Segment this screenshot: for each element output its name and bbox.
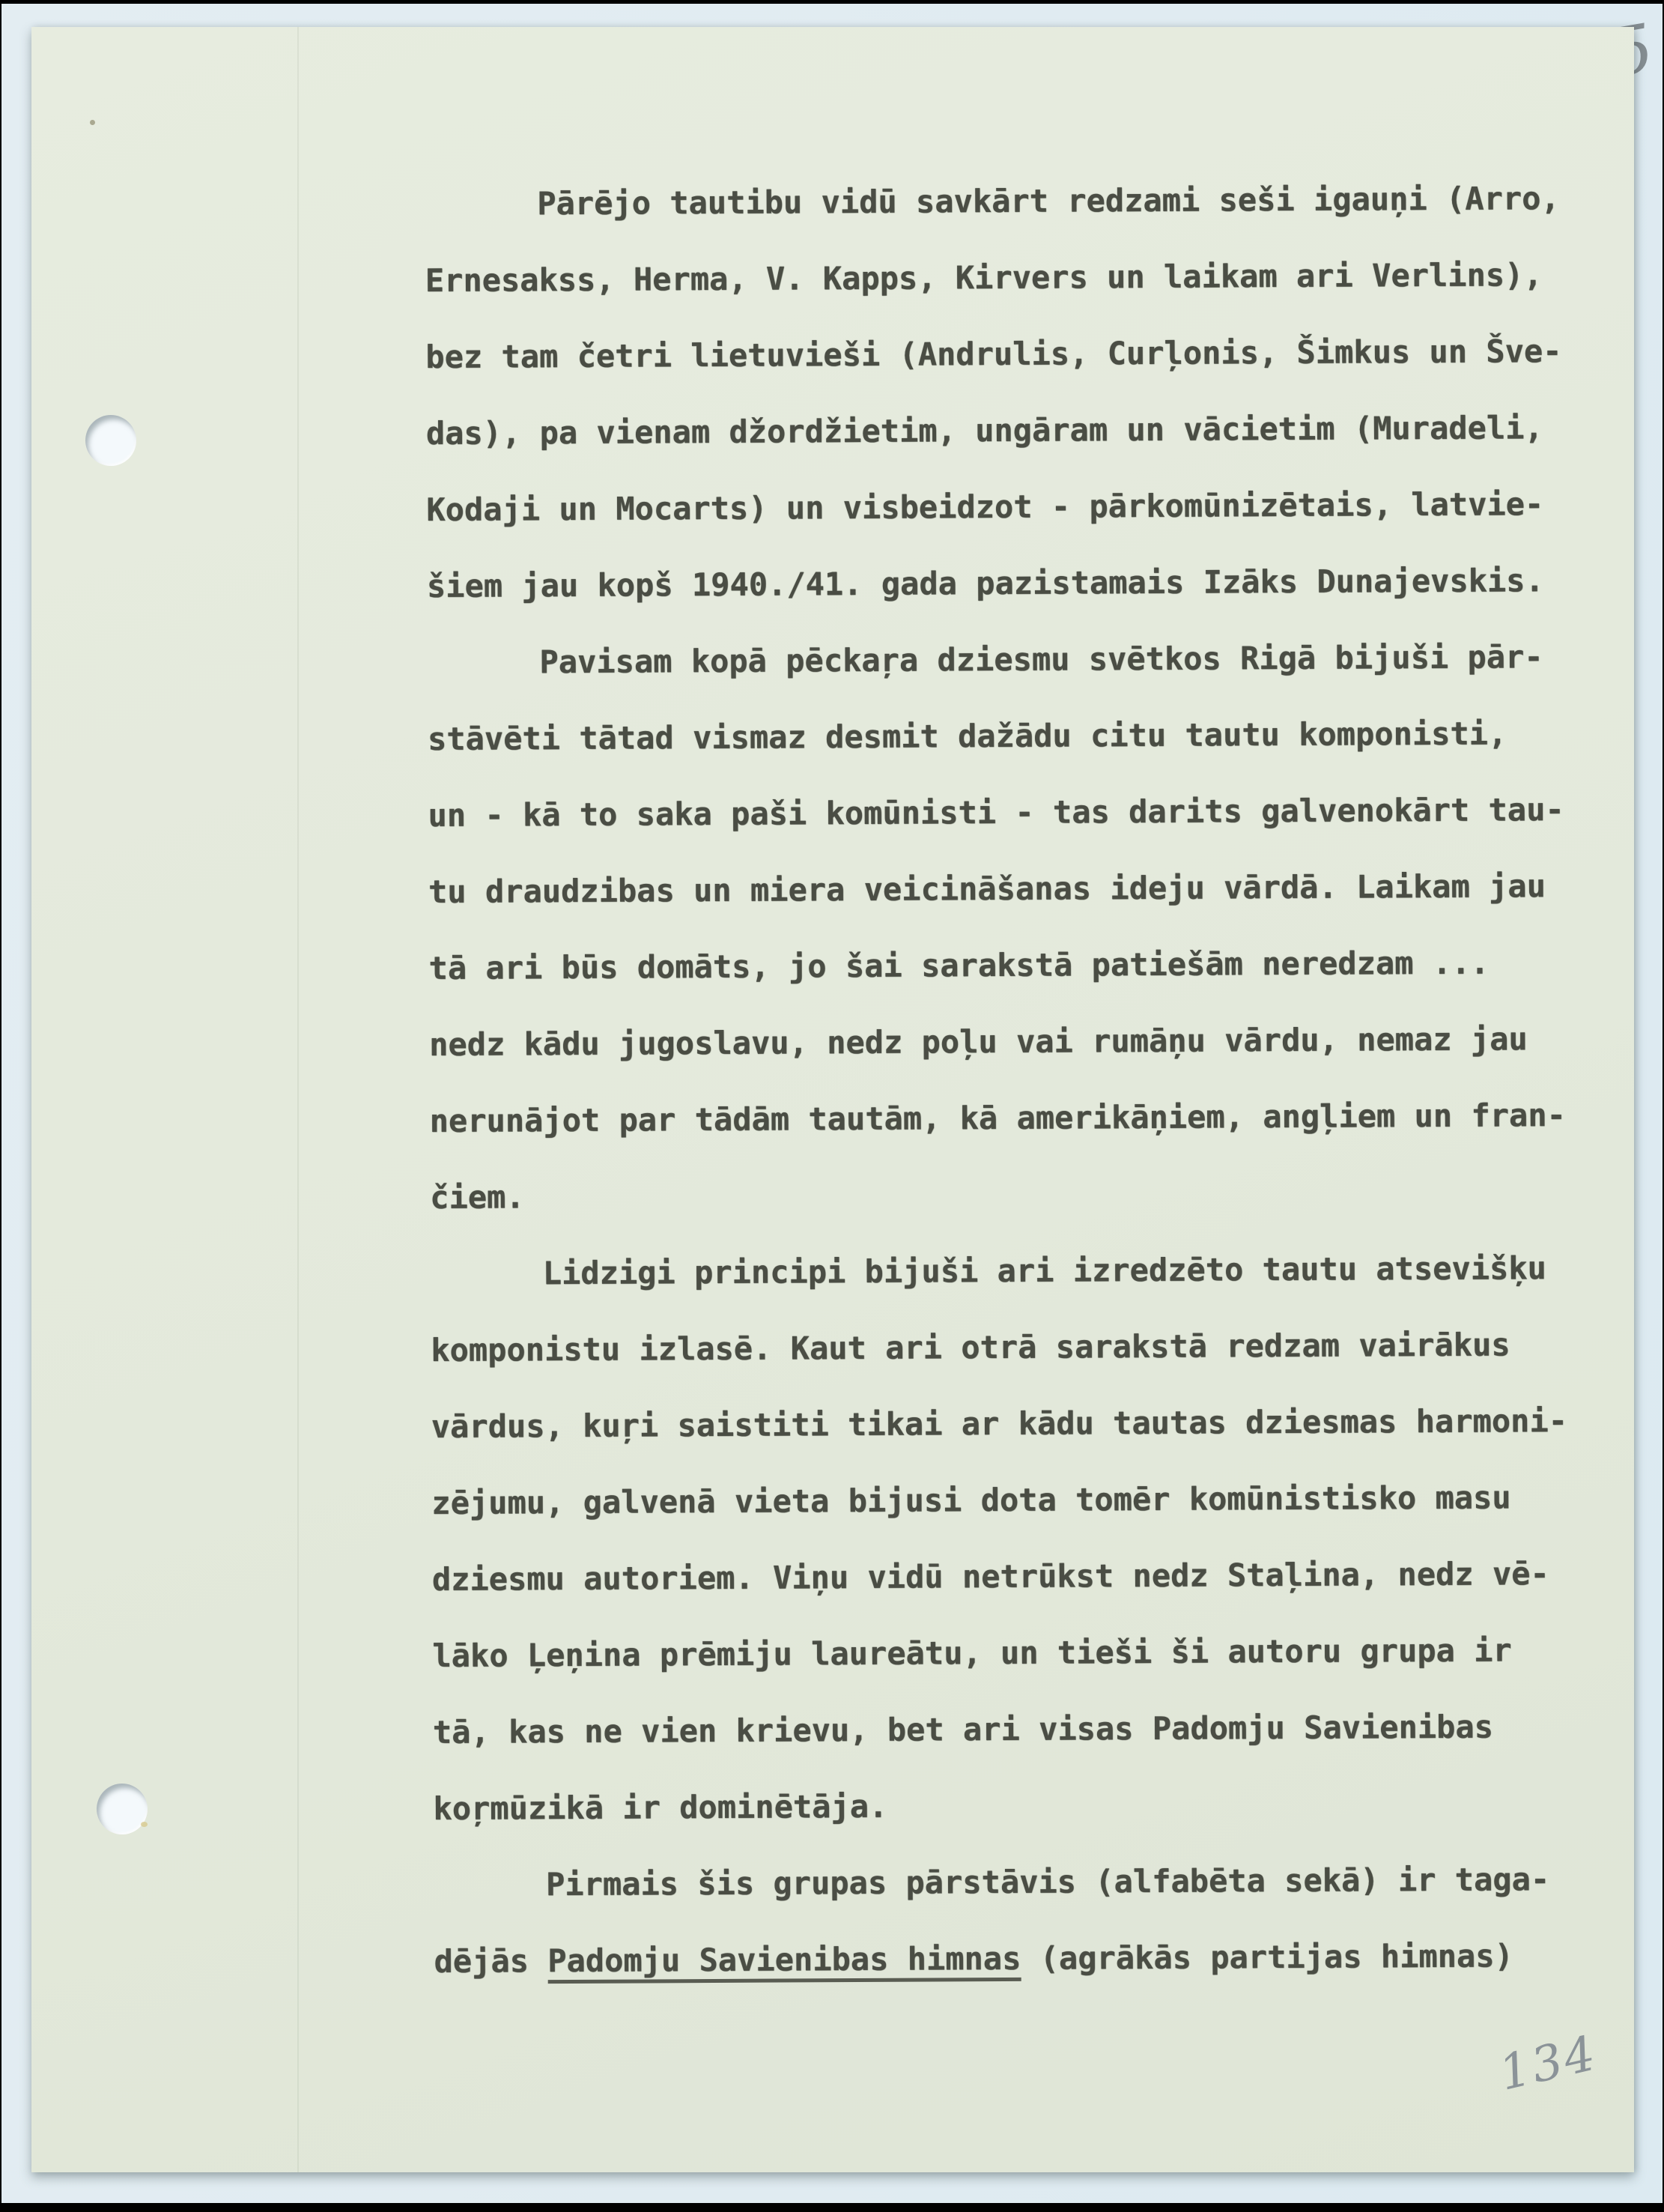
typed-line: komponistu izlasē. Kaut ari otrā sarakst… <box>431 1306 1615 1389</box>
hole-punch-top <box>85 415 136 466</box>
hole-punch-bottom <box>97 1784 148 1834</box>
typed-line: nerunājot par tādām tautām, kā amerikāņi… <box>429 1077 1613 1160</box>
typed-line: vārdus, kuŗi saistiti tikai ar kādu taut… <box>431 1383 1615 1465</box>
typed-line: nedz kādu jugoslavu, nedz poļu vai rumāņ… <box>429 1001 1613 1083</box>
typed-line: tā ari būs domāts, jo šai sarakstā patie… <box>428 924 1612 1007</box>
typed-line: dziesmu autoriem. Viņu vidū netrūkst ned… <box>432 1536 1616 1618</box>
typed-line-with-underline: dējās Padomju Savienibas himnas (agrākās… <box>434 1918 1618 2000</box>
typed-line: šiem jau kopš 1940./41. gada pazistamais… <box>427 542 1611 625</box>
typed-line: Pārējo tautibu vidū savkārt redzami seši… <box>425 160 1609 243</box>
typed-line: stāvēti tātad vismaz desmit dažādu citu … <box>428 695 1612 778</box>
typed-line: bez tam četri lietuvieši (Andrulis, Curļ… <box>425 313 1609 396</box>
typed-line: tā, kas ne vien krievu, bet ari visas Pa… <box>433 1688 1617 1771</box>
typed-line: tu draudzibas un miera veicināšanas idej… <box>428 848 1612 930</box>
typed-line: Pavisam kopā pēckaŗa dziesmu svētkos Rig… <box>427 619 1611 701</box>
typed-line: un - kā to saka paši komūnisti - tas dar… <box>428 772 1612 854</box>
paper-speck <box>90 120 95 125</box>
scanned-document: 135 Pārējo tautibu vidū savkārt redzami … <box>0 0 1664 2212</box>
typed-segment: (agrākās partijas himnas) <box>1021 1937 1513 1976</box>
typewritten-text-block: Pārējo tautibu vidū savkārt redzami seši… <box>425 160 1618 2000</box>
typed-line: Ernesakss, Herma, V. Kapps, Kirvers un l… <box>425 237 1609 319</box>
typed-segment: dējās <box>434 1942 547 1980</box>
typed-line: koŗmūzikā ir dominētāja. <box>433 1765 1617 1847</box>
paper-speck <box>141 1822 148 1827</box>
typed-line: das), pa vienam džordžietim, ungāram un … <box>426 390 1610 472</box>
typed-line: čiem. <box>430 1154 1614 1236</box>
typed-line: Lidzigi principi bijuši ari izredzēto ta… <box>430 1230 1614 1312</box>
paper-crease <box>297 27 299 2172</box>
typed-line: zējumu, galvenā vieta bijusi dota tomēr … <box>431 1459 1615 1542</box>
typed-line: Kodaji un Mocarts) un visbeidzot - pārko… <box>426 466 1610 548</box>
typed-line: lāko Ļeņina prēmiju laureātu, un tieši š… <box>432 1612 1616 1694</box>
underlined-title: Padomju Savienibas himnas <box>547 1940 1021 1984</box>
typed-line: Pirmais šis grupas pārstāvis (alfabēta s… <box>434 1841 1618 1924</box>
document-page: Pārējo tautibu vidū savkārt redzami seši… <box>31 27 1634 2172</box>
